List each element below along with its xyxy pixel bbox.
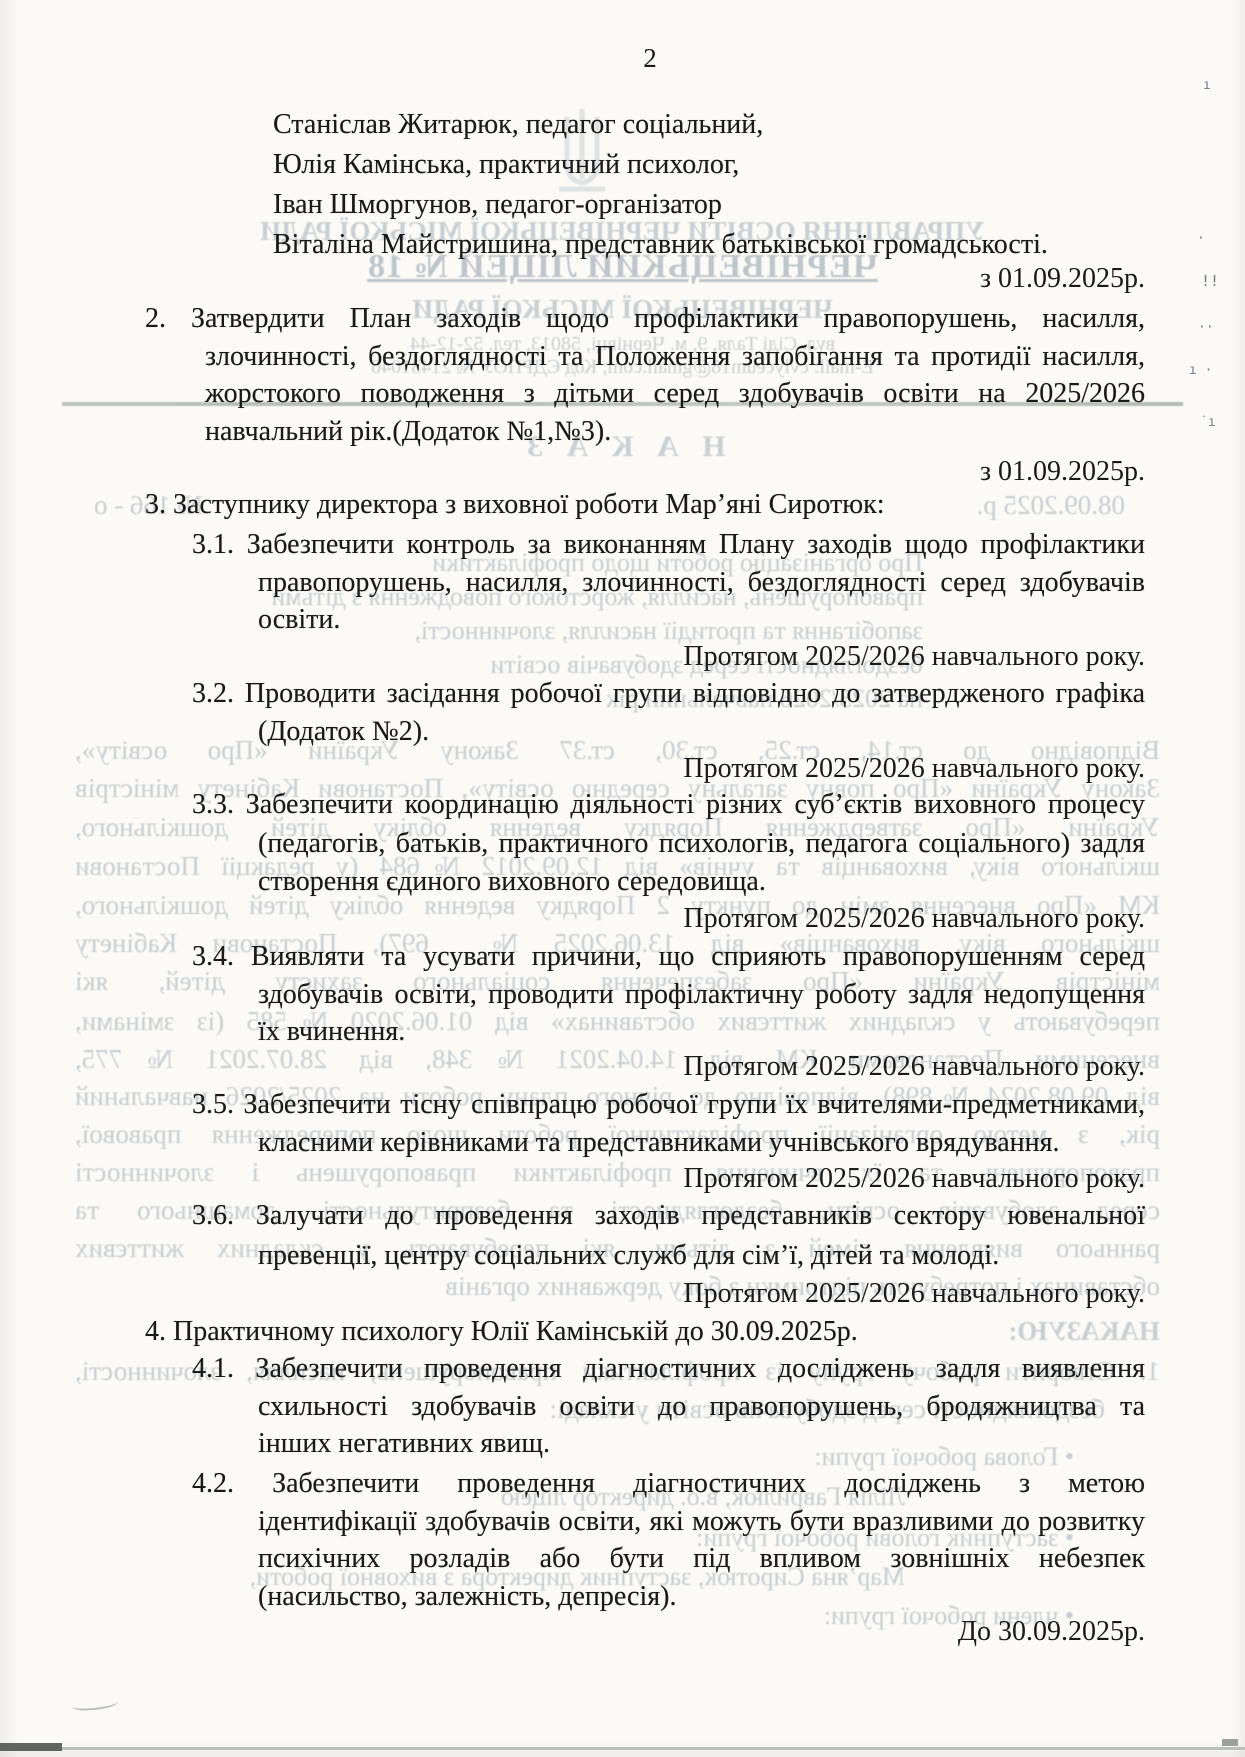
scan-bottom-tick: [1222, 1739, 1238, 1746]
doc-line: злочинності, бездоглядності та Положення…: [145, 338, 1145, 376]
order-item-3-2: 3.2. Проводити засідання робочої групи в…: [192, 675, 1145, 750]
term-line: Протягом 2025/2026 навчального року.: [145, 1275, 1145, 1313]
signatory-line: Іван Шморгунов, педагог-організатор: [273, 185, 1048, 225]
doc-line: (педагогів, батьків, практичного психоло…: [192, 825, 1145, 864]
doc-line: правопорушень, насилля, злочинності, без…: [192, 564, 1145, 602]
order-item-3-5: 3.5. Забезпечити тісну співпрацю робочої…: [192, 1086, 1145, 1161]
doc-line: ідентифікації здобувачів освіти, які мож…: [192, 1503, 1145, 1541]
scan-speck: ·: [1197, 231, 1205, 246]
signatory-line: Станіслав Житарюк, педагог соціальний,: [273, 105, 1048, 145]
doc-line: 4. Практичному психологу Юлії Камінській…: [145, 1313, 858, 1351]
scan-bottom-corner: [0, 1743, 62, 1751]
doc-line: 3.5. Забезпечити тісну співпрацю робочої…: [192, 1086, 1145, 1124]
order-item-3-6: 3.6. Залучати до проведення заходів пред…: [192, 1196, 1145, 1276]
doc-line: психічних розладів або бути під впливом …: [192, 1540, 1145, 1578]
order-item-4-1: 4.1. Забезпечити проведення діагностични…: [192, 1350, 1145, 1463]
term-line: Протягом 2025/2026 навчального року.: [145, 1160, 1145, 1198]
scanned-page: УПРАВЛІННЯ ОСВІТИ ЧЕРНІВЕЦЬКОЇ МІСЬКОЇ Р…: [0, 0, 1245, 1757]
doc-line: 3.4. Виявляти та усувати причини, що спр…: [192, 938, 1145, 976]
term-line: Протягом 2025/2026 навчального року.: [145, 638, 1145, 676]
order-item-3-3: 3.3. Забезпечити координацію діяльності …: [192, 786, 1145, 902]
doc-line: створення єдиного виховного середовища.: [192, 863, 1145, 902]
doc-line: їх вчинення.: [192, 1013, 1145, 1051]
effective-date: з 01.09.2025р.: [145, 453, 1145, 491]
document-text-layer: 2 Станіслав Житарюк, педагог соціальний,…: [0, 0, 1245, 1757]
doc-line: превенції, центру соціальних служб для с…: [192, 1236, 1145, 1276]
scan-speck: ··: [1198, 320, 1214, 335]
doc-line: інших негативних явищ.: [192, 1425, 1145, 1463]
page-number: 2: [405, 40, 895, 78]
term-line: Протягом 2025/2026 навчального року.: [145, 1048, 1145, 1086]
doc-line: класними керівниками та представниками у…: [192, 1124, 1145, 1162]
term-line: Протягом 2025/2026 навчального року.: [145, 750, 1145, 788]
doc-line: 3.6. Залучати до проведення заходів пред…: [192, 1196, 1145, 1236]
order-item-3-1: 3.1. Забезпечити контроль за виконанням …: [192, 526, 1145, 639]
deadline-date: До 30.09.2025р.: [145, 1613, 1145, 1651]
doc-line: схильності здобувачів освіти до правопор…: [192, 1388, 1145, 1426]
doc-line: 4.1. Забезпечити проведення діагностични…: [192, 1350, 1145, 1388]
doc-line: (Додаток №2).: [192, 713, 1145, 751]
doc-line: 2. Затвердити План заходів щодо профілак…: [145, 300, 1145, 338]
scan-speck: ˙ı: [1200, 415, 1216, 430]
doc-line: 3.1. Забезпечити контроль за виконанням …: [192, 526, 1145, 564]
doc-line: навчальний рік.(Додаток №1,№3).: [145, 413, 1145, 451]
order-item-4-heading: 4. Практичному психологу Юлії Камінській…: [145, 1313, 858, 1351]
scan-speck: ı: [1203, 78, 1211, 93]
scan-speck: ı ·: [1189, 363, 1212, 378]
doc-line: здобувачів освіти, проводити профілактич…: [192, 976, 1145, 1014]
order-item-3-heading: 3. Заступнику директора з виховної робот…: [145, 486, 885, 524]
scan-bottom-edge: [0, 1747, 1245, 1750]
order-item-2: 2. Затвердити План заходів щодо профілак…: [145, 300, 1145, 450]
term-line: Протягом 2025/2026 навчального року.: [145, 900, 1145, 938]
order-item-4-2: 4.2. Забезпечити проведення діагностични…: [192, 1465, 1145, 1615]
doc-line: жорстокого поводження з дітьми серед здо…: [145, 375, 1145, 413]
doc-line: (насильство, залежність, депресія).: [192, 1578, 1145, 1616]
doc-line: освіти.: [192, 601, 1145, 639]
scan-speck: !!: [1201, 272, 1219, 290]
order-item-3-4: 3.4. Виявляти та усувати причини, що спр…: [192, 938, 1145, 1051]
signatory-line: Віталіна Майстришина, представник батькі…: [273, 225, 1048, 265]
doc-line: 3. Заступнику директора з виховної робот…: [145, 486, 885, 524]
signatory-line: Юлія Камінська, практичний психолог,: [273, 145, 1048, 185]
doc-line: 3.2. Проводити засідання робочої групи в…: [192, 675, 1145, 713]
doc-line: 4.2. Забезпечити проведення діагностични…: [192, 1465, 1145, 1503]
effective-date: з 01.09.2025р.: [145, 260, 1145, 298]
signatories-list: Станіслав Житарюк, педагог соціальний, Ю…: [273, 105, 1048, 265]
doc-line: 3.3. Забезпечити координацію діяльності …: [192, 786, 1145, 825]
